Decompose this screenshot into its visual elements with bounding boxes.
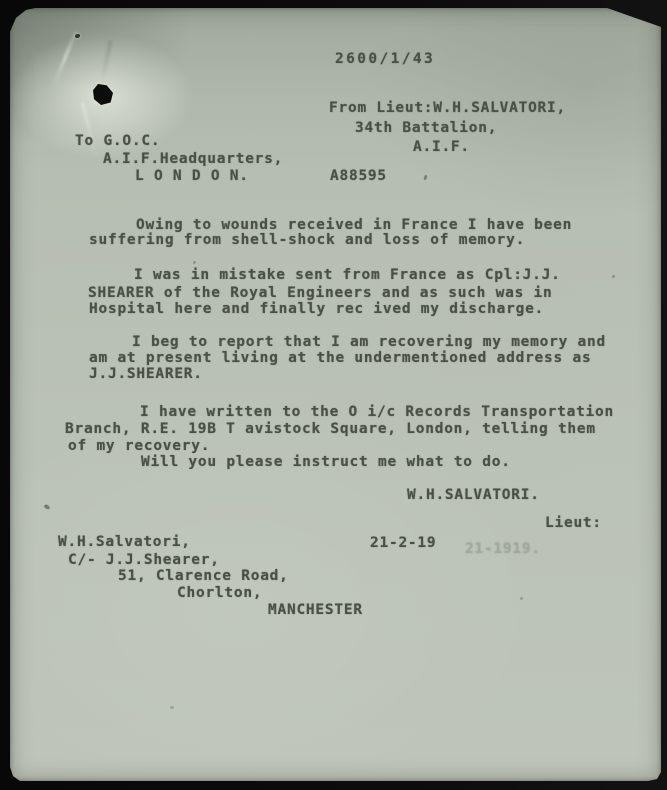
body-paragraph3-line3: J.J.SHEARER. (89, 367, 203, 382)
file-number: A88595 (330, 169, 387, 184)
body-paragraph3-line1: I beg to report that I am recovering my … (132, 335, 606, 350)
sender-line: From Lieut:W.H.SALVATORI, (329, 101, 566, 116)
body-paragraph1-line1: Owing to wounds received in France I hav… (136, 218, 572, 233)
footer-street: 51, Clarence Road, (118, 569, 289, 584)
body-paragraph2-line3: Hospital here and finally rec ived my di… (89, 302, 544, 317)
letter-paper (10, 8, 661, 781)
recipient-org: A.I.F.Headquarters, (103, 152, 283, 167)
photo-background: 2600/1/43 From Lieut:W.H.SALVATORI, 34th… (0, 0, 667, 790)
sender-force: A.I.F. (413, 140, 470, 155)
signature: W.H.SALVATORI. (407, 488, 540, 503)
body-paragraph4-line3: of my recovery. (68, 439, 210, 454)
footer-care-of: C/- J.J.Shearer, (68, 553, 220, 568)
body-paragraph2-line1: I was in mistake sent from France as Cpl… (134, 268, 561, 283)
signature-rank: Lieut: (545, 516, 602, 531)
footer-faded-stamp-date: 21-1919. (465, 542, 541, 557)
reference-number: 2600/1/43 (335, 52, 435, 67)
footer-date: 21-2-19 (370, 536, 436, 551)
footer-name: W.H.Salvatori, (58, 535, 191, 550)
body-paragraph4-line1: I have written to the O i/c Records Tran… (140, 405, 614, 420)
sender-unit: 34th Battalion, (355, 121, 497, 136)
recipient-line: To G.O.C. (75, 134, 160, 149)
footer-district: Chorlton, (177, 586, 262, 601)
body-paragraph4-line2: Branch, R.E. 19B T avistock Square, Lond… (65, 422, 596, 437)
recipient-city: L O N D O N. (135, 169, 249, 184)
body-paragraph1-line2: suffering from shell-shock and loss of m… (89, 233, 525, 248)
footer-city: MANCHESTER (268, 603, 363, 618)
body-paragraph3-line2: am at present living at the undermention… (89, 351, 591, 366)
body-paragraph4-line4: Will you please instruct me what to do. (141, 455, 511, 470)
body-paragraph2-line2: SHEARER of the Royal Engineers and as su… (88, 286, 553, 301)
